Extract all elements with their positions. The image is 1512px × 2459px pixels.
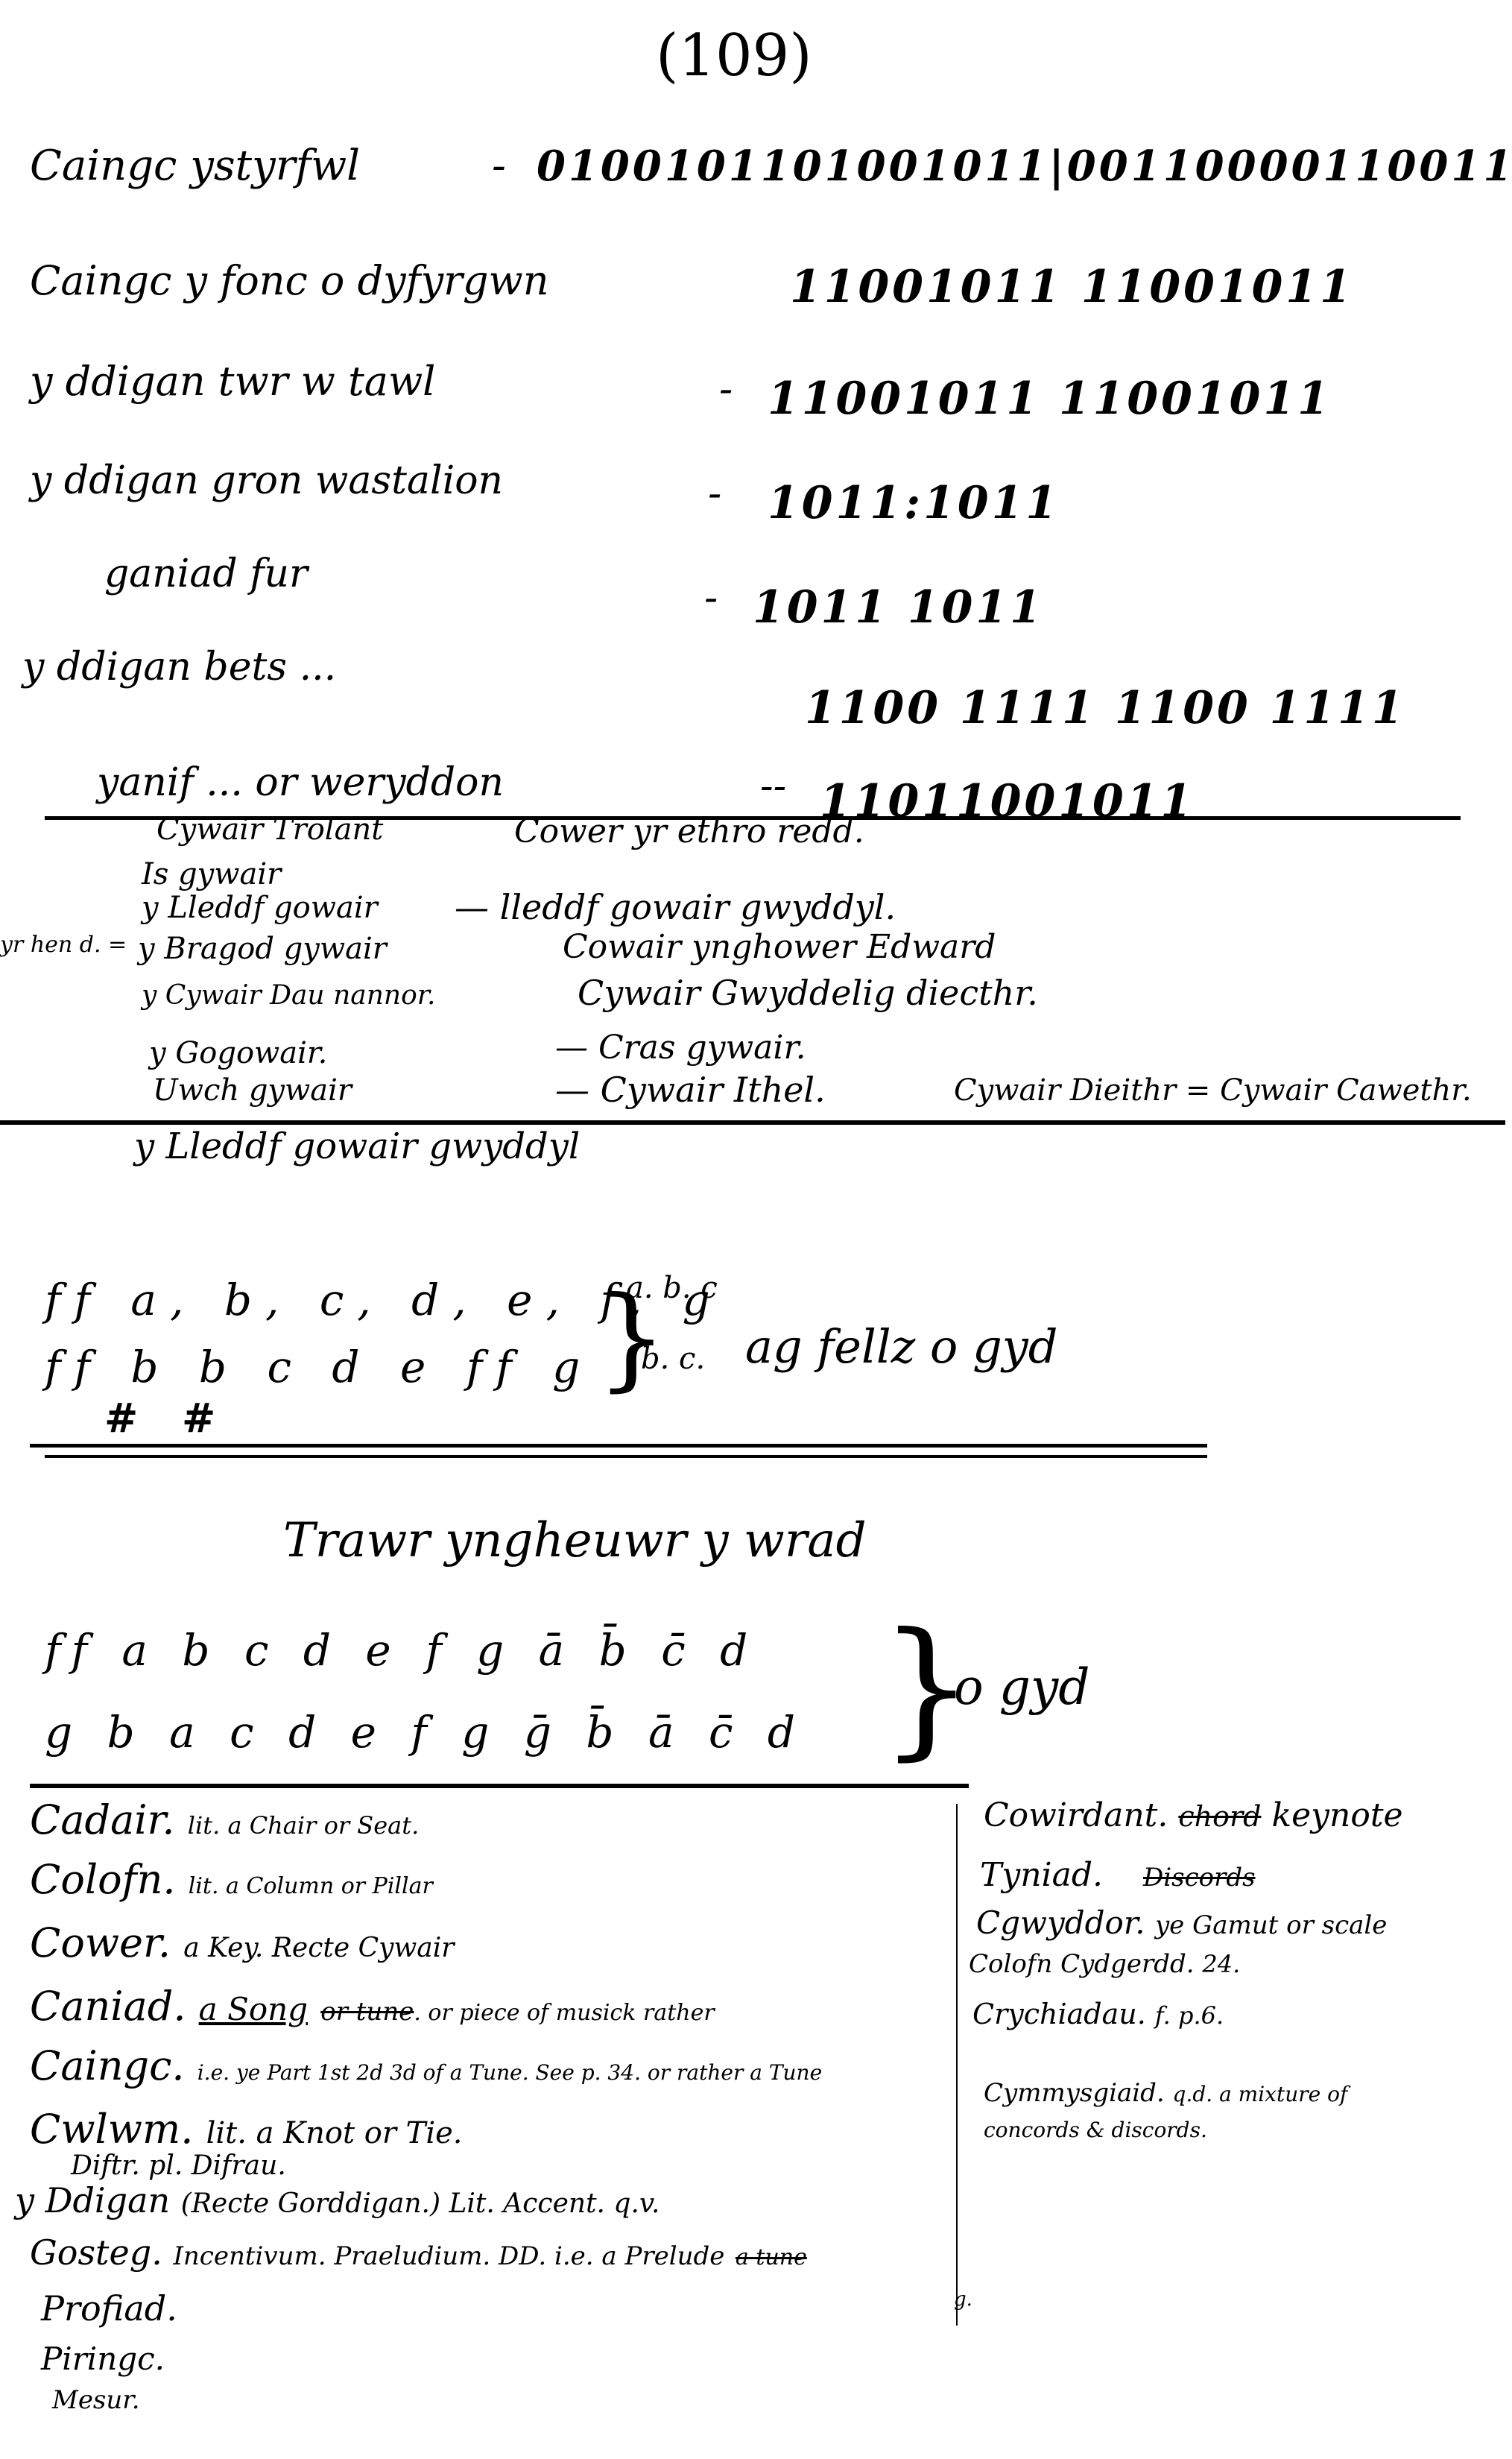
glossary-entry: Profiad. (41, 2288, 177, 2329)
divider-rule (30, 1444, 1207, 1448)
glossary-entry: Crychiadau. f. p.6. (972, 1998, 1224, 2030)
brace-label: a. b. c (626, 1271, 718, 1305)
glossary-term: Colofn Cydgerdd. (969, 1949, 1195, 1979)
binary-label: y ddigan twr w tawl (30, 358, 435, 405)
glossary-entry: Caniad. a Song or tune. or piece of musi… (30, 1983, 715, 2030)
binary-separator: -- (760, 764, 786, 809)
page-number: (109) (656, 22, 812, 89)
glossary-term: Cymmysgiaid. (984, 2078, 1165, 2108)
key-left: Cywair Trolant (156, 812, 383, 847)
glossary-term: Crychiadau. (972, 1998, 1146, 2030)
glossary-entry: Cymmysgiaid. q.d. a mixture of concords … (984, 2076, 1401, 2147)
binary-label: y ddigan bets ... (22, 645, 336, 689)
binary-separator: - (708, 470, 721, 517)
glossary-definition: . or piece of musick rather (414, 2000, 714, 2026)
binary-separator: - (704, 574, 718, 621)
glossary-term: Caingc. (30, 2042, 185, 2089)
glossary-term: Caniad. (30, 1983, 186, 2030)
glossary-entry: y Ddigan (Recte Gorddigan.) Lit. Accent.… (15, 2180, 659, 2220)
brace-label: b. c. (641, 1342, 705, 1376)
glossary-entry: Cower. a Key. Recte Cywair (30, 1919, 455, 1966)
divider-rule (30, 1784, 969, 1788)
binary-label: Caingc ystyrfwl (30, 142, 360, 190)
key-left: y Bragod gywair (138, 932, 387, 966)
margin-mark: g. (954, 2288, 972, 2311)
cipher-text: o gyd (954, 1658, 1090, 1716)
glossary-entry: Cowirdant. chord keynote (984, 1796, 1403, 1834)
binary-label: yanif ... or weryddon (97, 760, 504, 805)
margin-note: yr hen d. = (0, 932, 127, 958)
key-right: — lleddf gowair gwyddyl. (455, 887, 896, 927)
key-right: — Cywair Ithel. (555, 1070, 826, 1110)
glossary-definition: keynote (1271, 1796, 1402, 1834)
notation-row: g b a c d e f g ḡ b̄ ā c̄ d (45, 1707, 806, 1758)
glossary-term: Cower. (30, 1919, 171, 1966)
sharps: # # (104, 1394, 230, 1442)
glossary-term: Tyniad. (980, 1856, 1103, 1894)
side-note: Cywair Dieithr = Cywair Cawethr. (954, 1073, 1472, 1108)
key-left: y Cywair Dau nannor. (142, 980, 435, 1011)
key-right: Cowair ynghower Edward (563, 928, 996, 966)
key-right: — Cras gywair. (555, 1029, 806, 1067)
glossary-definition: lit. a Knot or Tie. (206, 2116, 463, 2150)
cipher-heading: Trawr yngheuwr y wrad (283, 1513, 867, 1568)
glossary-term: Cadair. (30, 1796, 175, 1843)
cipher-line: y Lleddf gowair gwyddyl (134, 1126, 580, 1167)
glossary-term: Profiad. (41, 2288, 177, 2329)
glossary-entry: Diftr. pl. Difrau. (71, 2150, 286, 2181)
glossary-entry: Piringc. (41, 2340, 165, 2377)
column-divider (956, 1804, 958, 2326)
glossary-term: y Ddigan (15, 2180, 170, 2220)
glossary-term: Colofn. (30, 1856, 176, 1903)
glossary-term: Piringc. (41, 2340, 165, 2377)
glossary-definition-struck: a tune (736, 2244, 807, 2270)
key-left: Is gywair (142, 857, 281, 891)
binary-separator: - (719, 365, 733, 412)
divider-rule (0, 1120, 1505, 1125)
glossary-definition-underlined: a Song (199, 1991, 308, 2027)
cipher-text: ag fellz o gyd (745, 1319, 1057, 1374)
glossary-definition: a Key. Recte Cywair (183, 1933, 454, 1963)
binary-code: 0100101101001011|001100001100111 (537, 142, 1512, 191)
glossary-definition: (Recte Gorddigan.) Lit. Accent. q.v. (181, 2188, 660, 2219)
glossary-entry: Cwlwm. lit. a Knot or Tie. (30, 2106, 463, 2153)
key-right: Cower yr ethro redd. (514, 812, 864, 850)
glossary-definition-struck: chord (1178, 1800, 1261, 1833)
key-left: y Gogowair. (149, 1036, 327, 1070)
glossary-definition: Incentivum. Praeludium. DD. i.e. a Prelu… (173, 2241, 724, 2271)
glossary-definition: i.e. ye Part 1st 2d 3d of a Tune. See p.… (197, 2060, 822, 2085)
glossary-definition: f. p.6. (1155, 2001, 1224, 2030)
glossary-entry: Gosteg. Incentivum. Praeludium. DD. i.e.… (30, 2232, 807, 2273)
glossary-definition: lit. a Column or Pillar (189, 1873, 433, 1899)
binary-label: y ddigan gron wastalion (30, 458, 503, 503)
glossary-entry: Cgwyddor. ye Gamut or scale (976, 1904, 1387, 1941)
glossary-definition-struck: or tune (320, 1997, 414, 2027)
glossary-definition: ye Gamut or scale (1155, 1910, 1387, 1940)
notation-row: ff b b c d e ff g (45, 1342, 593, 1392)
glossary-entry: Tyniad. Discords (980, 1856, 1256, 1894)
glossary-definition-struck: Discords (1143, 1863, 1256, 1893)
notation-row: ff a b c d e f g ā b̄ c̄ d (45, 1625, 758, 1676)
glossary-term: Gosteg. (30, 2232, 162, 2273)
glossary-term: Cowirdant. (984, 1796, 1168, 1834)
glossary-definition: 24. (1202, 1950, 1240, 1978)
key-left: Uwch gywair (153, 1073, 352, 1108)
binary-code: 1100 1111 1100 1111 (805, 682, 1406, 734)
glossary-entry: Cadair. lit. a Chair or Seat. (30, 1796, 419, 1843)
key-right: Cywair Gwyddelig diecthr. (578, 973, 1038, 1013)
binary-code: 11001011 11001011 (768, 373, 1332, 425)
binary-label: Caingc y fonc o dyfyrgwn (30, 257, 549, 304)
glossary-term: Mesur. (52, 2385, 140, 2415)
binary-code: 11001011 11001011 (790, 261, 1354, 313)
binary-separator: - (492, 142, 506, 190)
glossary-term: Cwlwm. (30, 2106, 193, 2153)
binary-code: 1011 1011 (753, 581, 1044, 634)
glossary-term: Cgwyddor. (976, 1904, 1145, 1941)
divider-rule (45, 1455, 1207, 1458)
binary-label: ganiad fur (104, 552, 308, 596)
glossary-entry: Colofn. lit. a Column or Pillar (30, 1856, 433, 1903)
glossary-definition: lit. a Chair or Seat. (188, 1811, 420, 1840)
glossary-entry: Caingc. i.e. ye Part 1st 2d 3d of a Tune… (30, 2042, 822, 2089)
glossary-entry: Mesur. (52, 2385, 140, 2415)
glossary-entry: Colofn Cydgerdd. 24. (969, 1949, 1240, 1979)
glossary-term: Diftr. pl. Difrau. (71, 2150, 286, 2181)
key-left: y Lleddf gowair (142, 891, 378, 925)
binary-code: 1011:1011 (768, 477, 1060, 529)
